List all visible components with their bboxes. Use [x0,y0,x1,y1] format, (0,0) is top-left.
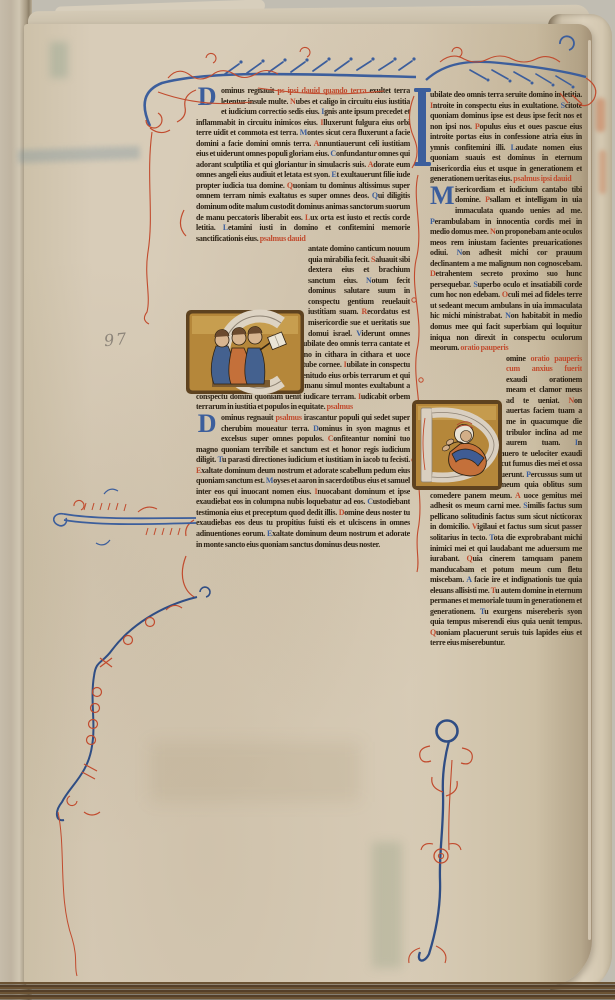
rubric-text: psalmus dauid [260,234,306,243]
rubric-text: ps ipsi dauid quando terra [277,86,366,95]
text-column-left: Dominus regnauit ps ipsi dauid quando te… [196,86,410,732]
rubric-text: psalmus [327,402,353,411]
rubric-text: oratio pauperis cum anxius fuerit [506,354,582,374]
psalm-text-block: antate domino canticum nouum quia mirabi… [196,244,410,413]
page-edge-highlight [588,40,591,940]
filigree-dropcap-initial: M [430,186,452,207]
pencil-folio-number: 97 [103,329,129,350]
psalm-text-block: Dominus regnauit psalmus irascantur popu… [196,413,410,550]
filigree-dropcap-initial: D [196,414,218,435]
book-bottom-edge [0,982,615,1000]
rubric-text: psalmus [275,413,301,422]
psalm-text-block: Misericordiam et iudicium cantabo tibi d… [430,185,582,354]
filigree-dropcap-initial: D [196,87,218,108]
psalm-text-block: omine oratio pauperis cum anxius fuerit … [430,354,582,649]
historiated-initial-spacer [196,245,304,329]
rubric-text: psalmus ipsi dauid [513,174,571,183]
manuscript-photo: { "folio": { "number": "97" }, "palette"… [0,0,615,1000]
text-column-right: ubilate deo omnis terra seruite domino i… [430,90,582,732]
historiated-initial-spacer [430,355,502,443]
psalm-text-block: Dominus regnauit ps ipsi dauid quando te… [196,86,410,244]
psalm-text-block: ubilate deo omnis terra seruite domino i… [430,90,582,185]
rubric-text: oratio pauperis [460,343,508,352]
